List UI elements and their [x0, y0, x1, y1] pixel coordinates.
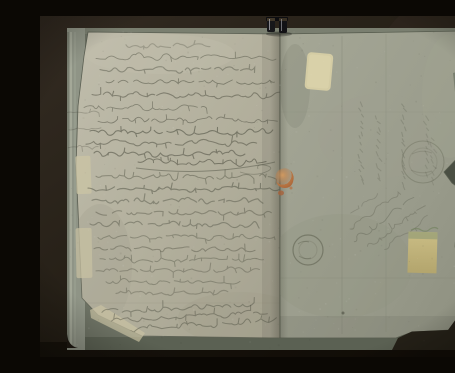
vignette [40, 16, 455, 357]
letter-photograph: Faded two-page folded letter with illegi… [40, 16, 455, 357]
photo-canvas [40, 16, 455, 357]
